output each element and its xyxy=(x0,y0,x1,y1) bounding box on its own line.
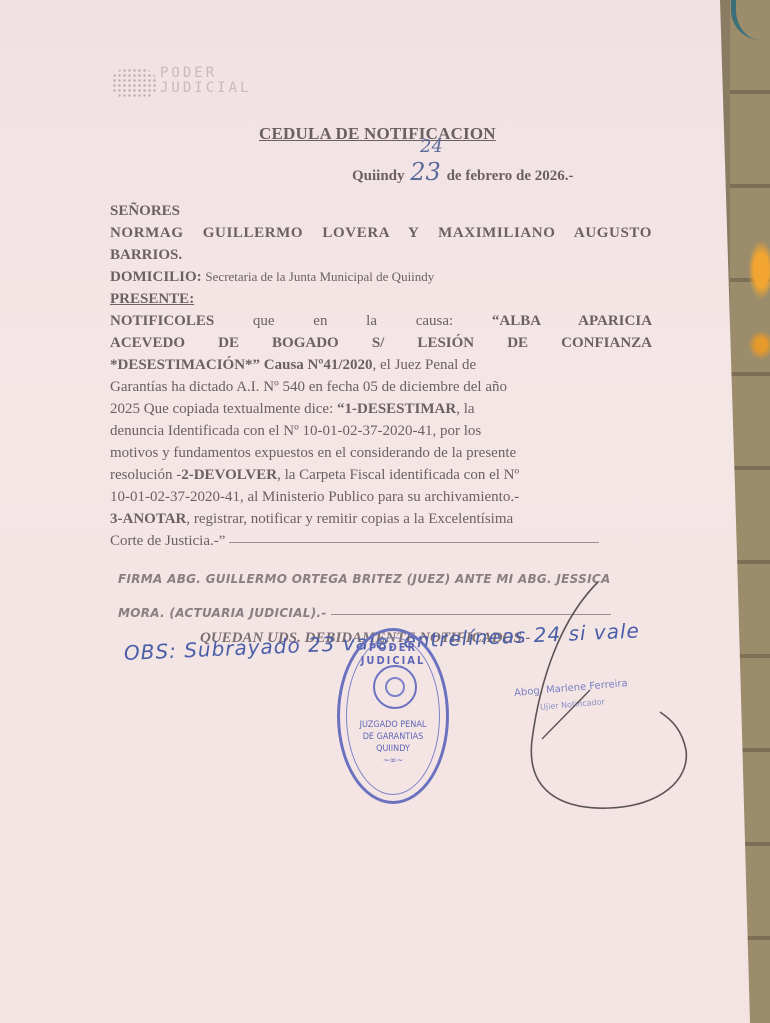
notification-body: SEÑORES NORMAG GUILLERMO LOVERA Y MAXIMI… xyxy=(110,200,652,552)
notifier-stamp-name: Abog. Marlene Ferreira xyxy=(514,678,628,699)
domicilio-label: DOMICILIO: xyxy=(110,269,202,285)
body-line-7: motivos y fundamentos expuestos en el co… xyxy=(110,442,652,464)
presente-label: PRESENTE: xyxy=(110,288,652,310)
date-place: Quiindy xyxy=(352,168,405,184)
logo-emblem-icon xyxy=(112,68,156,98)
domicilio-value: Secretaria de la Junta Municipal de Quii… xyxy=(205,269,434,284)
body-line-8: resolución -2-DEVOLVER, la Carpeta Fisca… xyxy=(110,464,652,486)
background-object xyxy=(748,330,770,360)
signature-block-text: FIRMA ABG. GUILLERMO ORTEGA BRITEZ (JUEZ… xyxy=(118,562,658,630)
firma-line-2: MORA. (ACTUARIA JUDICIAL).- xyxy=(118,606,327,620)
domicilio: DOMICILIO: Secretaria de la Junta Munici… xyxy=(110,266,652,288)
body-line-1: NOTIFICOLES que en la causa: “ALBA APARI… xyxy=(110,310,652,332)
salutation: SEÑORES xyxy=(110,200,652,222)
body-line-5: 2025 Que copiada textualmente dice: “1-D… xyxy=(110,398,652,420)
date-rest: de febrero de 2026.- xyxy=(447,168,574,184)
logo-line-2: JUDICIAL xyxy=(160,81,290,96)
body-line-6: denuncia Identificada con el Nº 10-01-02… xyxy=(110,420,652,442)
stamp-text: JUZGADO PENAL DE GARANTIAS QUIINDY ~∞~ xyxy=(350,719,436,767)
body-line-3: *DESESTIMACIÓN*” Causa Nº41/2020, el Jue… xyxy=(110,354,652,376)
court-stamp: PODER JUDICIAL JUZGADO PENAL DE GARANTIA… xyxy=(337,628,449,804)
document-page: PODER JUDICIAL CEDULA DE NOTIFICACION 24… xyxy=(0,0,750,1023)
addressee-names: NORMAG GUILLERMO LOVERA Y MAXIMILIANO AU… xyxy=(110,222,652,244)
stamp-arc-text: PODER JUDICIAL xyxy=(340,641,446,667)
date-day-handwritten: 23 xyxy=(408,158,443,186)
background-object xyxy=(748,240,770,300)
fill-line xyxy=(229,541,599,543)
document-date: Quiindy 23 de febrero de 2026.- xyxy=(352,158,574,186)
fill-line xyxy=(331,613,611,615)
national-seal-icon xyxy=(373,665,417,709)
body-line-11: Corte de Justicia.-” xyxy=(110,530,652,552)
body-line-10: 3-ANOTAR, registrar, notificar y remitir… xyxy=(110,508,652,530)
logo-line-1: PODER xyxy=(160,66,290,81)
firma-line-1: FIRMA ABG. GUILLERMO ORTEGA BRITEZ (JUEZ… xyxy=(118,562,658,596)
handwritten-date-correction: 24 xyxy=(420,136,443,157)
document-title: CEDULA DE NOTIFICACION xyxy=(259,124,496,144)
body-line-9: 10-01-02-37-2020-41, al Ministerio Publi… xyxy=(110,486,652,508)
body-line-2: ACEVEDO DE BOGADO S/ LESIÓN DE CONFIANZA xyxy=(110,332,652,354)
body-line-4: Garantías ha dictado A.I. Nº 540 en fech… xyxy=(110,376,652,398)
addressee-names-cont: BARRIOS. xyxy=(110,244,652,266)
notifier-stamp-role: Ujier Notificador xyxy=(540,697,605,712)
